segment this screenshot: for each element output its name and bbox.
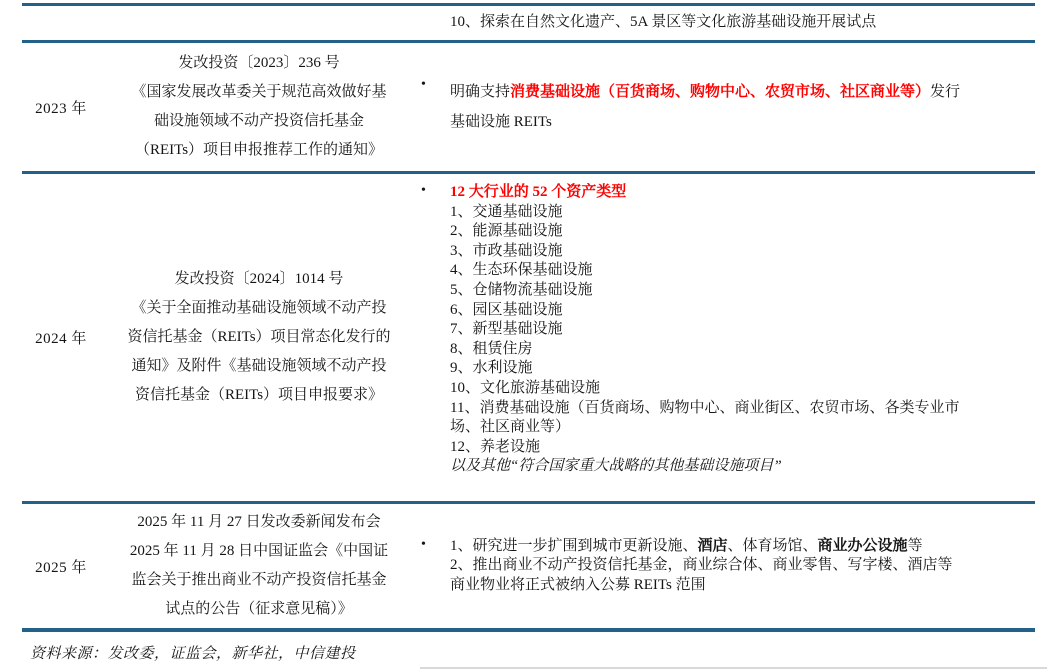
text-segment: 2、能源基础设施 <box>450 223 563 239</box>
year-cell: 2025 年 <box>22 504 100 628</box>
text-segment: 、体育场馆、 <box>728 538 818 554</box>
content-block: • 明确支持消费基础设施（百货商场、购物中心、农贸市场、社区商业等）发行基础设施… <box>450 77 1029 137</box>
text-segment: 2、推出商业不动产投资信托基金，商业综合体、商业零售、写字楼、酒店等 <box>450 557 953 573</box>
content-cell: • 12 大行业的 52 个资产类型1、交通基础设施2、能源基础设施3、市政基础… <box>418 174 1035 501</box>
content-block: • 1、研究进一步扩围到城市更新设施、酒店、体育场馆、商业办公设施等2、推出商业… <box>450 537 1029 596</box>
text-segment: 基础设施 REITs <box>450 114 552 130</box>
text-line: 资信托基金（REITs）项目申报要求》 <box>100 381 418 410</box>
text-line: 基础设施 REITs <box>450 107 1029 137</box>
text-segment: 10、探索在自然文化遗产、5A 景区等文化旅游基础设施开展试点 <box>450 14 876 30</box>
text-line: 8、租赁住房 <box>450 340 1029 360</box>
text-segment: 以及其他“符合国家重大战略的其他基础设施项目” <box>450 458 782 474</box>
table-row-2023: 2023 年 发改投资〔2023〕236 号《国家发展改革委关于规范高效做好基础… <box>22 40 1035 171</box>
text-line: 6、园区基础设施 <box>450 301 1029 321</box>
text-segment: 明确支持 <box>450 84 510 100</box>
text-segment: 9、水利设施 <box>450 360 533 376</box>
text-line: 试点的公告（征求意见稿）》 <box>100 595 418 624</box>
year-cell-empty <box>22 6 100 40</box>
policy-table: 10、探索在自然文化遗产、5A 景区等文化旅游基础设施开展试点 2023 年 发… <box>22 3 1035 632</box>
text-line: 2025 年 11 月 27 日发改委新闻发布会 <box>100 508 418 537</box>
text-segment: 发行 <box>930 84 960 100</box>
text-segment: 消费基础设施（百货商场、购物中心、农贸市场、社区商业等） <box>510 84 930 100</box>
text-segment: 酒店 <box>698 538 728 554</box>
text-segment: 场、社区商业等） <box>450 419 570 435</box>
text-line: 通知》及附件《基础设施领域不动产投 <box>100 352 418 381</box>
document-cell: 2025 年 11 月 27 日发改委新闻发布会2025 年 11 月 28 日… <box>100 504 418 628</box>
content-block: • 12 大行业的 52 个资产类型1、交通基础设施2、能源基础设施3、市政基础… <box>450 183 1029 477</box>
text-line: 场、社区商业等） <box>450 418 1029 438</box>
text-line: 发改投资〔2024〕1014 号 <box>100 265 418 294</box>
text-line: 发改投资〔2023〕236 号 <box>100 49 418 78</box>
text-line: （REITs）项目申报推荐工作的通知》 <box>100 136 418 165</box>
text-line: 以及其他“符合国家重大战略的其他基础设施项目” <box>450 457 1029 477</box>
text-line: 明确支持消费基础设施（百货商场、购物中心、农贸市场、社区商业等）发行 <box>450 77 1029 107</box>
text-segment: 商业办公设施 <box>818 538 908 554</box>
text-line: 7、新型基础设施 <box>450 320 1029 340</box>
year-cell: 2024 年 <box>22 174 100 501</box>
content-cell: • 1、研究进一步扩围到城市更新设施、酒店、体育场馆、商业办公设施等2、推出商业… <box>418 504 1035 628</box>
content-cell: • 明确支持消费基础设施（百货商场、购物中心、农贸市场、社区商业等）发行基础设施… <box>418 43 1035 171</box>
text-line: 10、探索在自然文化遗产、5A 景区等文化旅游基础设施开展试点 <box>450 13 1029 33</box>
text-line: 3、市政基础设施 <box>450 242 1029 262</box>
text-segment: 6、园区基础设施 <box>450 302 563 318</box>
text-segment: 商业物业将正式被纳入公募 REITs 范围 <box>450 577 706 593</box>
text-line: 1、交通基础设施 <box>450 203 1029 223</box>
text-segment: 3、市政基础设施 <box>450 243 563 259</box>
text-line: 商业物业将正式被纳入公募 REITs 范围 <box>450 576 1029 596</box>
text-segment: 12、养老设施 <box>450 439 540 455</box>
bullet-icon: • <box>421 77 426 93</box>
text-line: 2025 年 11 月 28 日中国证监会《中国证 <box>100 537 418 566</box>
document-cell: 发改投资〔2023〕236 号《国家发展改革委关于规范高效做好基础设施领域不动产… <box>100 43 418 171</box>
content-text: 12 大行业的 52 个资产类型1、交通基础设施2、能源基础设施3、市政基础设施… <box>450 183 1029 477</box>
text-segment: 10、文化旅游基础设施 <box>450 380 600 396</box>
text-segment: 4、生态环保基础设施 <box>450 262 593 278</box>
text-line: 1、研究进一步扩围到城市更新设施、酒店、体育场馆、商业办公设施等 <box>450 537 1029 557</box>
document-cell: 发改投资〔2024〕1014 号《关于全面推动基础设施领域不动产投资信托基金（R… <box>100 174 418 501</box>
content-text: 1、研究进一步扩围到城市更新设施、酒店、体育场馆、商业办公设施等2、推出商业不动… <box>450 537 1029 596</box>
text-line: 11、消费基础设施（百货商场、购物中心、商业街区、农贸市场、各类专业市 <box>450 399 1029 419</box>
text-segment: 7、新型基础设施 <box>450 321 563 337</box>
text-segment: 等 <box>908 538 923 554</box>
text-line: 9、水利设施 <box>450 359 1029 379</box>
text-line: 础设施领域不动产投资信托基金 <box>100 107 418 136</box>
text-line: 10、文化旅游基础设施 <box>450 379 1029 399</box>
table-row-2024: 2024 年 发改投资〔2024〕1014 号《关于全面推动基础设施领域不动产投… <box>22 171 1035 501</box>
text-line: 资信托基金（REITs）项目常态化发行的 <box>100 323 418 352</box>
source-note: 资料来源：发改委，证监会，新华社，中信建投 <box>30 642 356 663</box>
text-line: 《国家发展改革委关于规范高效做好基 <box>100 78 418 107</box>
bottom-divider <box>420 667 1047 669</box>
text-segment: 12 大行业的 52 个资产类型 <box>450 184 626 200</box>
text-line: 2、能源基础设施 <box>450 222 1029 242</box>
table-row-2025: 2025 年 2025 年 11 月 27 日发改委新闻发布会2025 年 11… <box>22 501 1035 632</box>
text-line: 《关于全面推动基础设施领域不动产投 <box>100 294 418 323</box>
bullet-icon: • <box>421 537 426 553</box>
content-text: 10、探索在自然文化遗产、5A 景区等文化旅游基础设施开展试点 <box>450 13 1029 33</box>
text-segment: 11、消费基础设施（百货商场、购物中心、商业街区、农贸市场、各类专业市 <box>450 400 959 416</box>
text-line: 监会关于推出商业不动产投资信托基金 <box>100 566 418 595</box>
text-line: 12 大行业的 52 个资产类型 <box>450 183 1029 203</box>
text-segment: 1、研究进一步扩围到城市更新设施、 <box>450 538 698 554</box>
text-segment: 8、租赁住房 <box>450 341 533 357</box>
content-cell-partial: 10、探索在自然文化遗产、5A 景区等文化旅游基础设施开展试点 <box>418 6 1035 40</box>
text-segment: 1、交通基础设施 <box>450 204 563 220</box>
table-row-partial: 10、探索在自然文化遗产、5A 景区等文化旅游基础设施开展试点 <box>22 3 1035 40</box>
text-line: 4、生态环保基础设施 <box>450 261 1029 281</box>
report-page: { "colors": { "border": "#236188", "red"… <box>0 0 1047 670</box>
text-line: 12、养老设施 <box>450 438 1029 458</box>
bullet-icon: • <box>421 183 426 199</box>
text-line: 2、推出商业不动产投资信托基金，商业综合体、商业零售、写字楼、酒店等 <box>450 556 1029 576</box>
content-text: 明确支持消费基础设施（百货商场、购物中心、农贸市场、社区商业等）发行基础设施 R… <box>450 77 1029 137</box>
text-segment: 5、仓储物流基础设施 <box>450 282 593 298</box>
document-cell-empty <box>100 6 418 40</box>
text-line: 5、仓储物流基础设施 <box>450 281 1029 301</box>
year-cell: 2023 年 <box>22 43 100 171</box>
